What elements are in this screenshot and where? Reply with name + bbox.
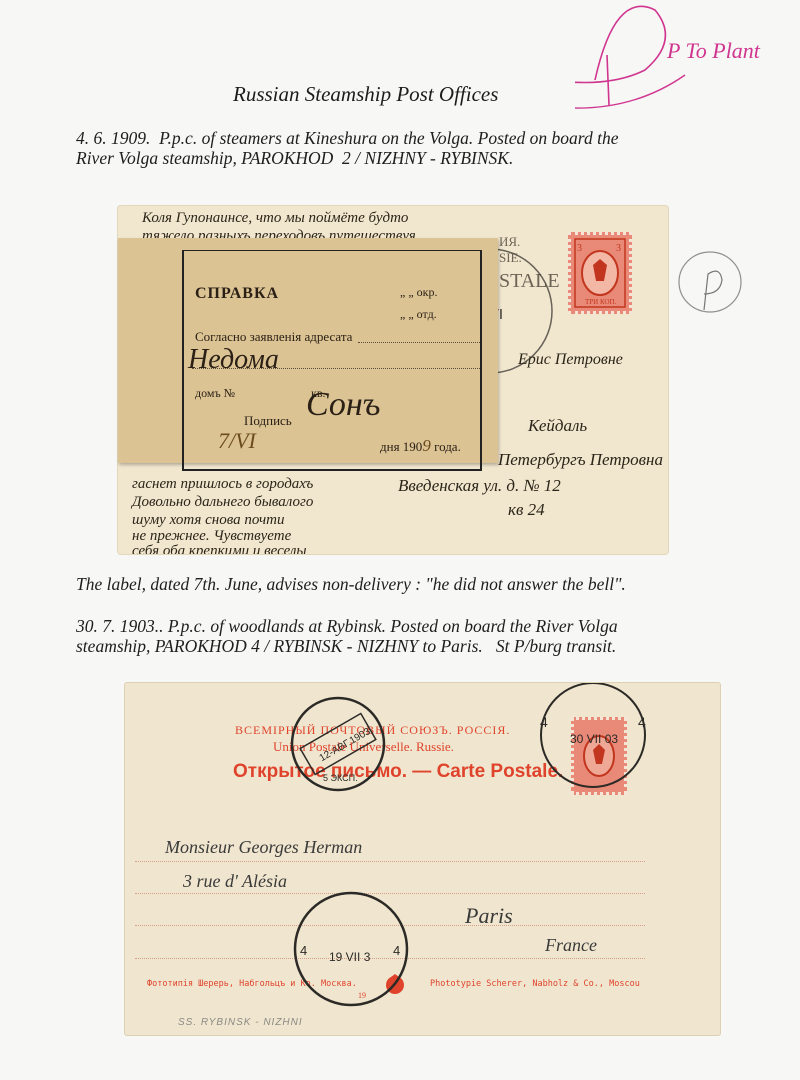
page-title: Russian Steamship Post Offices [233,82,498,107]
label-handwritten-name: Недома [188,344,279,376]
svg-text:3: 3 [616,243,621,254]
card1-message-line: шуму хотя снова почти [132,512,284,529]
card2-printer-imprint-fr: Phototypie Scherer, Nabholz & Co., Mosco… [430,979,640,989]
pink-handwritten-annotation: P To Plant [575,0,800,110]
label-house-number: домъ № [195,386,235,401]
card2-steamer-postmark-bottom: 4 4 19 VII 3 [285,883,415,1023]
card1-address-line: Петербургъ Петровна [498,450,663,470]
card1-address-line: Ерис Петровне [518,351,623,369]
svg-text:5 ЭКСП.: 5 ЭКСП. [323,773,358,783]
svg-text:19 VII 3: 19 VII 3 [329,950,371,964]
svg-text:P To Plant: P To Plant [666,38,761,63]
card2-address-name: Monsieur Georges Herman [165,837,362,858]
svg-text:4: 4 [638,714,646,730]
card2-pencil-note: SS. RYBINSK - NIZHNI [178,1017,303,1028]
label-handwritten-date: 7/VI [218,428,256,454]
card2-address-street: 3 rue d' Alésia [183,871,287,892]
card1-message-line: себя оба крепкими и веселы [132,543,307,554]
card1-stamp-3-kopek: 3 3 ТРИ КОП. [568,232,632,314]
label-year-line: дня 1909 года. [380,436,461,456]
entry1-caption-line2: River Volga steamship, PAROKHOD 2 / NIZH… [76,148,513,168]
card1-message-line: Довольно дальнего бывалого [132,494,313,511]
svg-text:ТРИ КОП.: ТРИ КОП. [585,298,617,306]
svg-text:4: 4 [540,714,548,730]
card1-message-line: гаснет пришлось в городахъ [132,476,313,493]
non-delivery-label-slip: СПРАВКА „ „ окр. „ „ отд. Согласно заявл… [118,238,498,463]
card1-handwriting-line: Коля Гупонаинсе, что мы поймёте будто [142,210,408,227]
entry1-caption-line1: 4. 6. 1909. P.p.c. of steamers at Kinesh… [76,128,618,148]
card2-address-country: France [545,935,597,956]
svg-text:3: 3 [577,243,582,254]
entry2-caption-line2: steamship, PAROKHOD 4 / RYBINSK - NIZHNY… [76,636,616,656]
svg-text:30 VII 03: 30 VII 03 [570,732,618,746]
svg-text:4: 4 [393,943,400,958]
address-line [135,861,645,862]
postcard-1903: ВСЕМІРНЫЙ ПОЧТОВЫЙ СОЮЗЪ. РОССІЯ. Union … [125,683,720,1035]
svg-text:4: 4 [300,943,307,958]
label-handwritten-signature: Сонъ [306,386,380,424]
label-addressee-statement: Согласно заявленія адресата [195,329,352,345]
card2-steamer-postmark-top: 4 4 30 VII 03 [530,683,660,803]
label-signature-label: Подпись [244,413,292,429]
card2-st-petersburg-transit-postmark: 12-АВГ.1903 5 ЭКСП. [283,689,393,799]
label-department: „ „ отд. [400,307,437,322]
pencil-circled-p-mark [674,246,746,316]
label-heading: СПРАВКА [195,285,279,303]
card1-address-line: Введенская ул. д. № 12 [398,476,561,496]
card2-address-city: Paris [465,903,513,929]
svg-text:12-АВГ.1903: 12-АВГ.1903 [318,726,373,764]
label-district: „ „ окр. [400,285,437,300]
card1-address-line: Кейдаль [528,416,587,436]
label-dotted-line [192,368,480,369]
card1-address-line: кв 24 [508,500,545,520]
entry2-caption-line1: 30. 7. 1903.. P.p.c. of woodlands at Ryb… [76,616,618,636]
entry1-note: The label, dated 7th. June, advises non-… [76,574,626,594]
label-dotted-line [358,342,480,343]
